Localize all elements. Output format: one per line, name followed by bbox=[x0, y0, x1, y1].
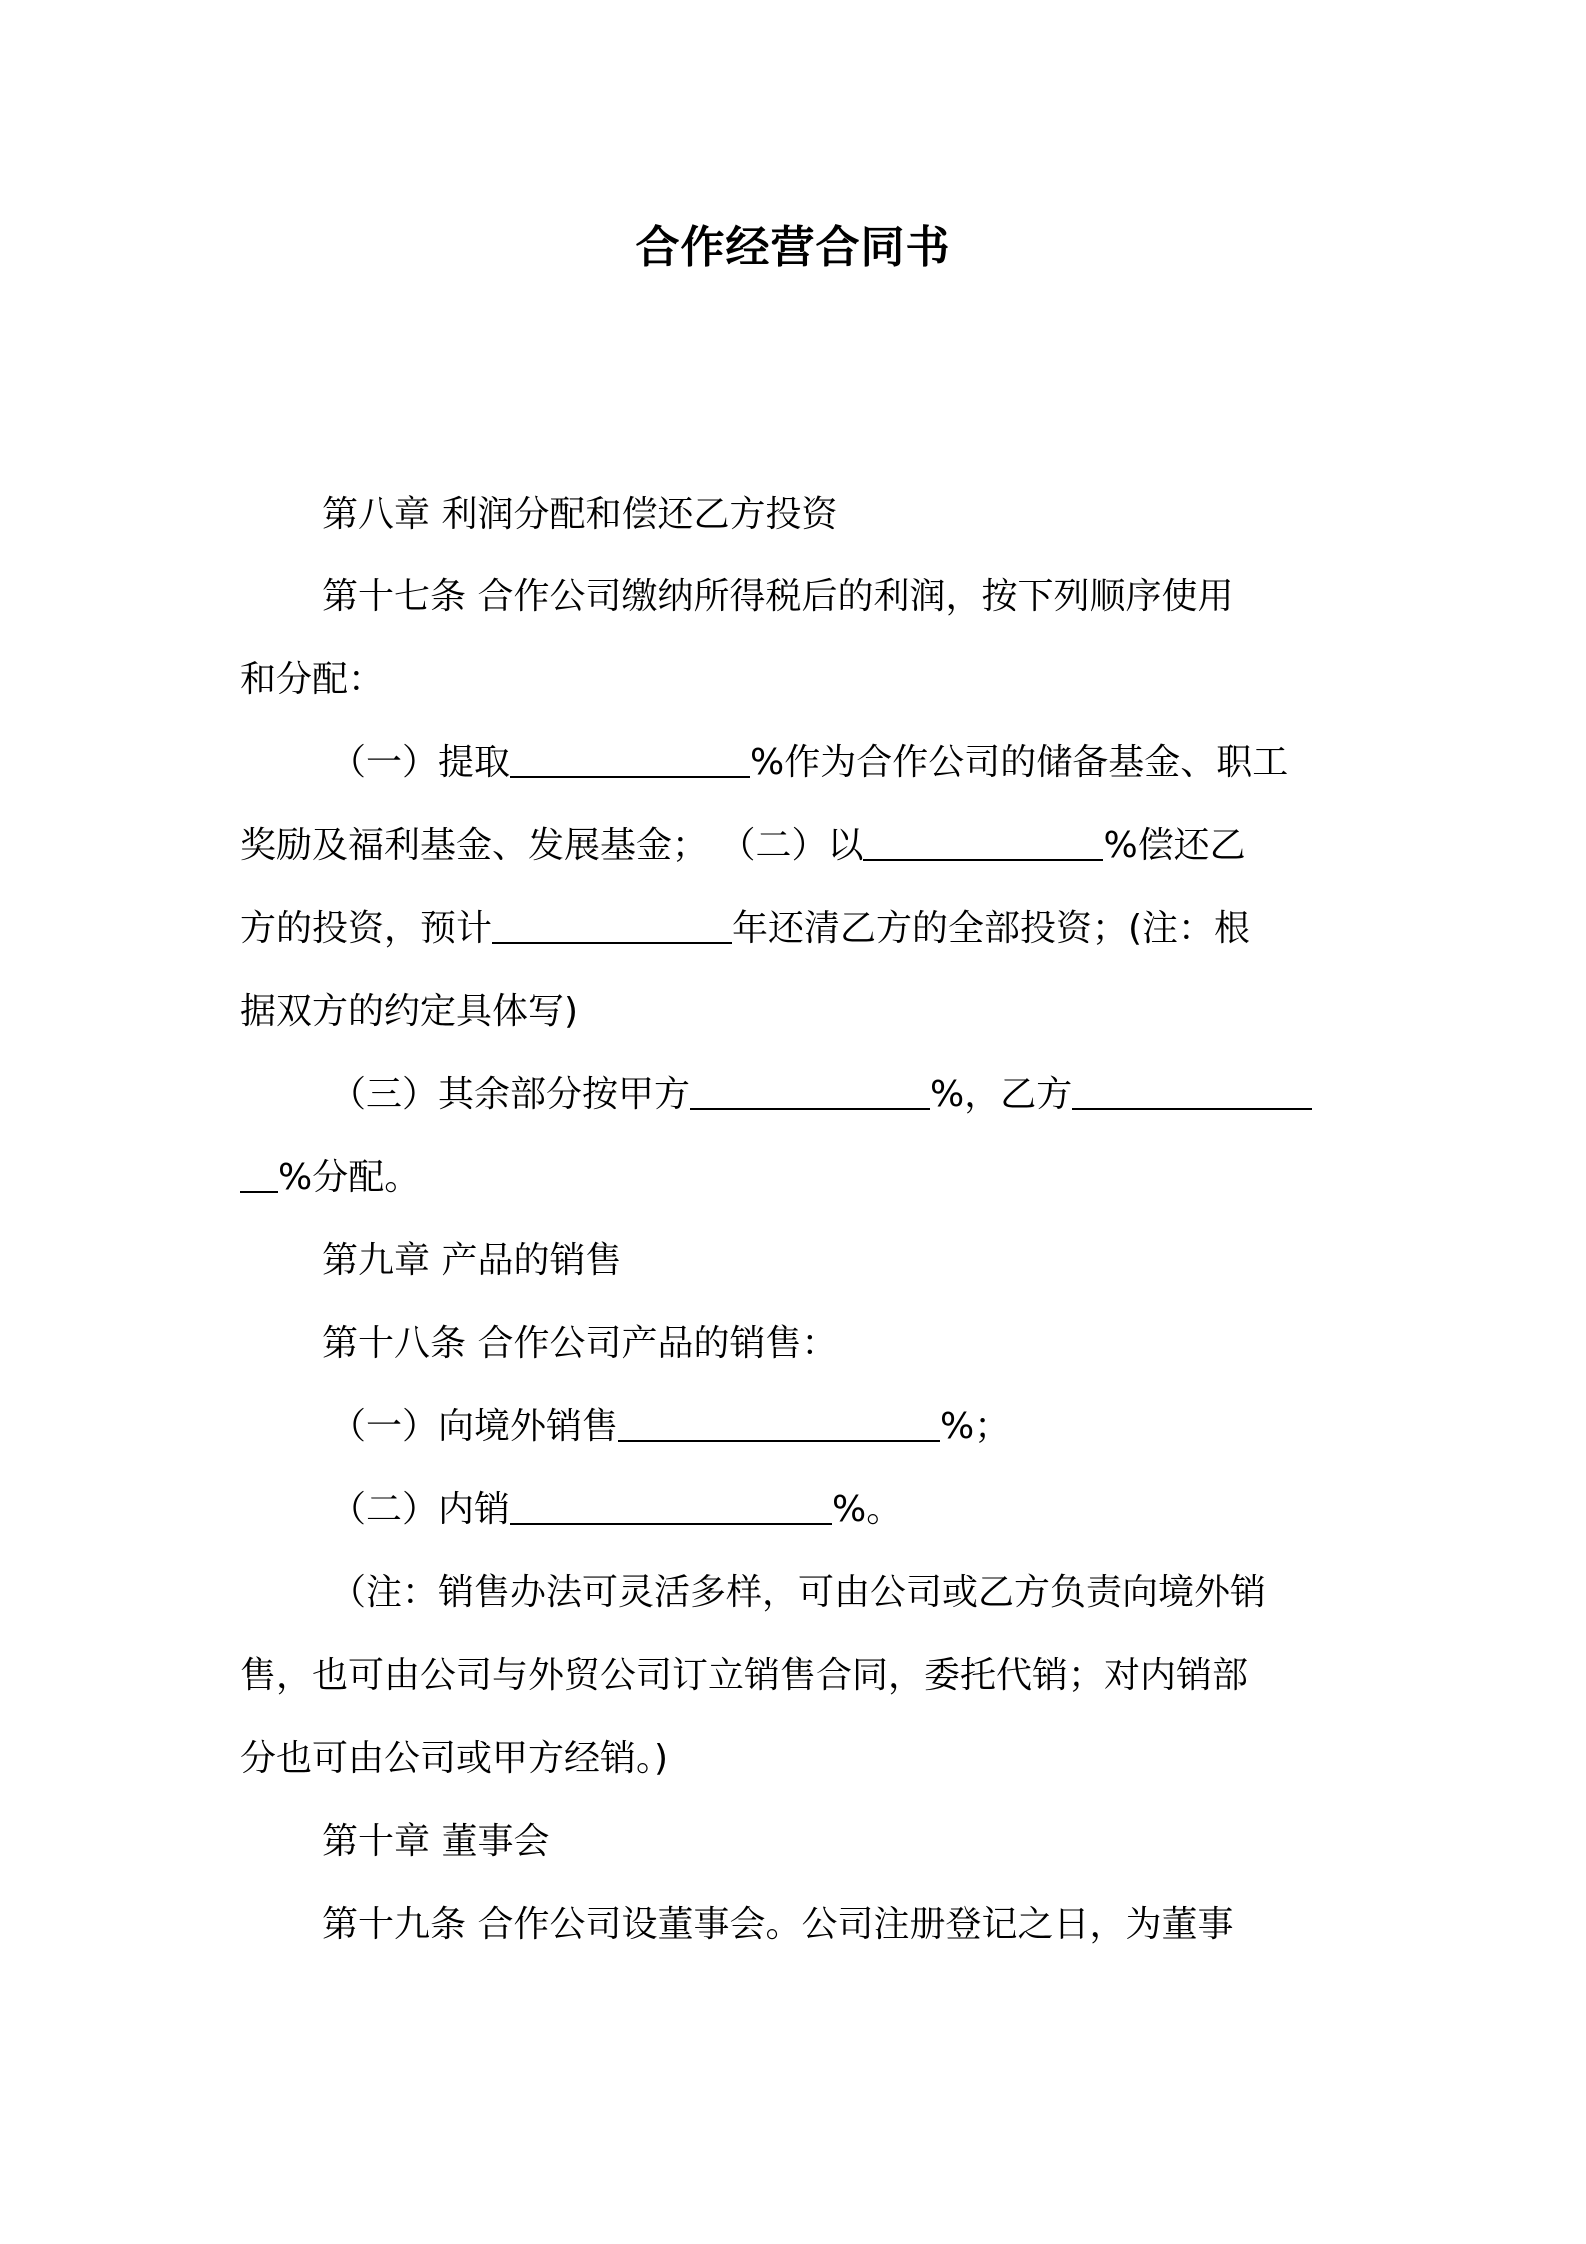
blank-field-repay-years[interactable] bbox=[492, 906, 732, 944]
item-2-suffix: %。 bbox=[832, 1489, 902, 1530]
item-2-line2-suffix: 年还清乙方的全部投资；(注：根 bbox=[732, 908, 1250, 949]
item-2-prefix: （二）内销 bbox=[330, 1489, 510, 1530]
article-17-item-3: （三）其余部分按甲方%，乙方 bbox=[330, 1070, 1312, 1120]
item-1-prefix: （一）向境外销售 bbox=[330, 1406, 618, 1447]
item-1-suffix: %； bbox=[940, 1406, 1010, 1447]
document-page: 合作经营合同书 第八章 利润分配和偿还乙方投资 第十七条 合作公司缴纳所得税后的… bbox=[0, 0, 1586, 2244]
article-18-note-line-3: 分也可由公司或甲方经销。) bbox=[240, 1734, 668, 1784]
blank-field-repay-percent[interactable] bbox=[863, 823, 1103, 861]
item-2-suffix: %偿还乙 bbox=[1103, 825, 1245, 866]
item-1-line2-prefix: 奖励及福利基金、发展基金； （二）以 bbox=[240, 825, 863, 866]
blank-field-export-percent[interactable] bbox=[618, 1404, 940, 1442]
article-18-item-1: （一）向境外销售%； bbox=[330, 1402, 1010, 1452]
document-title: 合作经营合同书 bbox=[0, 218, 1586, 278]
blank-field-reserve-percent[interactable] bbox=[510, 740, 750, 778]
article-18-line-1: 第十八条 合作公司产品的销售： bbox=[322, 1319, 837, 1369]
article-17-item-2-line-3: 据双方的约定具体写) bbox=[240, 987, 578, 1037]
article-17-item-1: （一）提取%作为合作公司的储备基金、职工 bbox=[330, 738, 1288, 788]
article-17-item-2-line-2: 方的投资，预计年还清乙方的全部投资；(注：根 bbox=[240, 904, 1250, 954]
chapter-8-heading: 第八章 利润分配和偿还乙方投资 bbox=[322, 490, 837, 540]
article-17-item-1-line-2: 奖励及福利基金、发展基金； （二）以%偿还乙 bbox=[240, 821, 1246, 871]
article-17-line-2: 和分配： bbox=[240, 655, 384, 705]
item-2-line2-prefix: 方的投资，预计 bbox=[240, 908, 492, 949]
item-3-mid: %，乙方 bbox=[930, 1074, 1072, 1115]
item-3-prefix: （三）其余部分按甲方 bbox=[330, 1074, 690, 1115]
blank-field-party-b-percent[interactable] bbox=[1072, 1072, 1312, 1110]
article-18-note-line-1: （注：销售办法可灵活多样，可由公司或乙方负责向境外销 bbox=[330, 1568, 1266, 1618]
chapter-9-heading: 第九章 产品的销售 bbox=[322, 1236, 621, 1286]
blank-field-domestic-percent[interactable] bbox=[510, 1487, 832, 1525]
item-3-line2-suffix: %分配。 bbox=[278, 1157, 420, 1198]
article-18-item-2: （二）内销%。 bbox=[330, 1485, 902, 1535]
item-1-prefix: （一）提取 bbox=[330, 742, 510, 783]
article-19-line-1: 第十九条 合作公司设董事会。公司注册登记之日，为董事 bbox=[322, 1900, 1233, 1950]
item-1-suffix: %作为合作公司的储备基金、职工 bbox=[750, 742, 1288, 783]
blank-field-party-a-percent[interactable] bbox=[690, 1072, 930, 1110]
article-17-item-3-line-2: %分配。 bbox=[240, 1153, 420, 1203]
blank-field-party-b-percent-cont[interactable] bbox=[240, 1155, 278, 1193]
article-18-note-line-2: 售，也可由公司与外贸公司订立销售合同，委托代销；对内销部 bbox=[240, 1651, 1248, 1701]
article-17-line-1: 第十七条 合作公司缴纳所得税后的利润，按下列顺序使用 bbox=[322, 572, 1233, 622]
chapter-10-heading: 第十章 董事会 bbox=[322, 1817, 549, 1867]
